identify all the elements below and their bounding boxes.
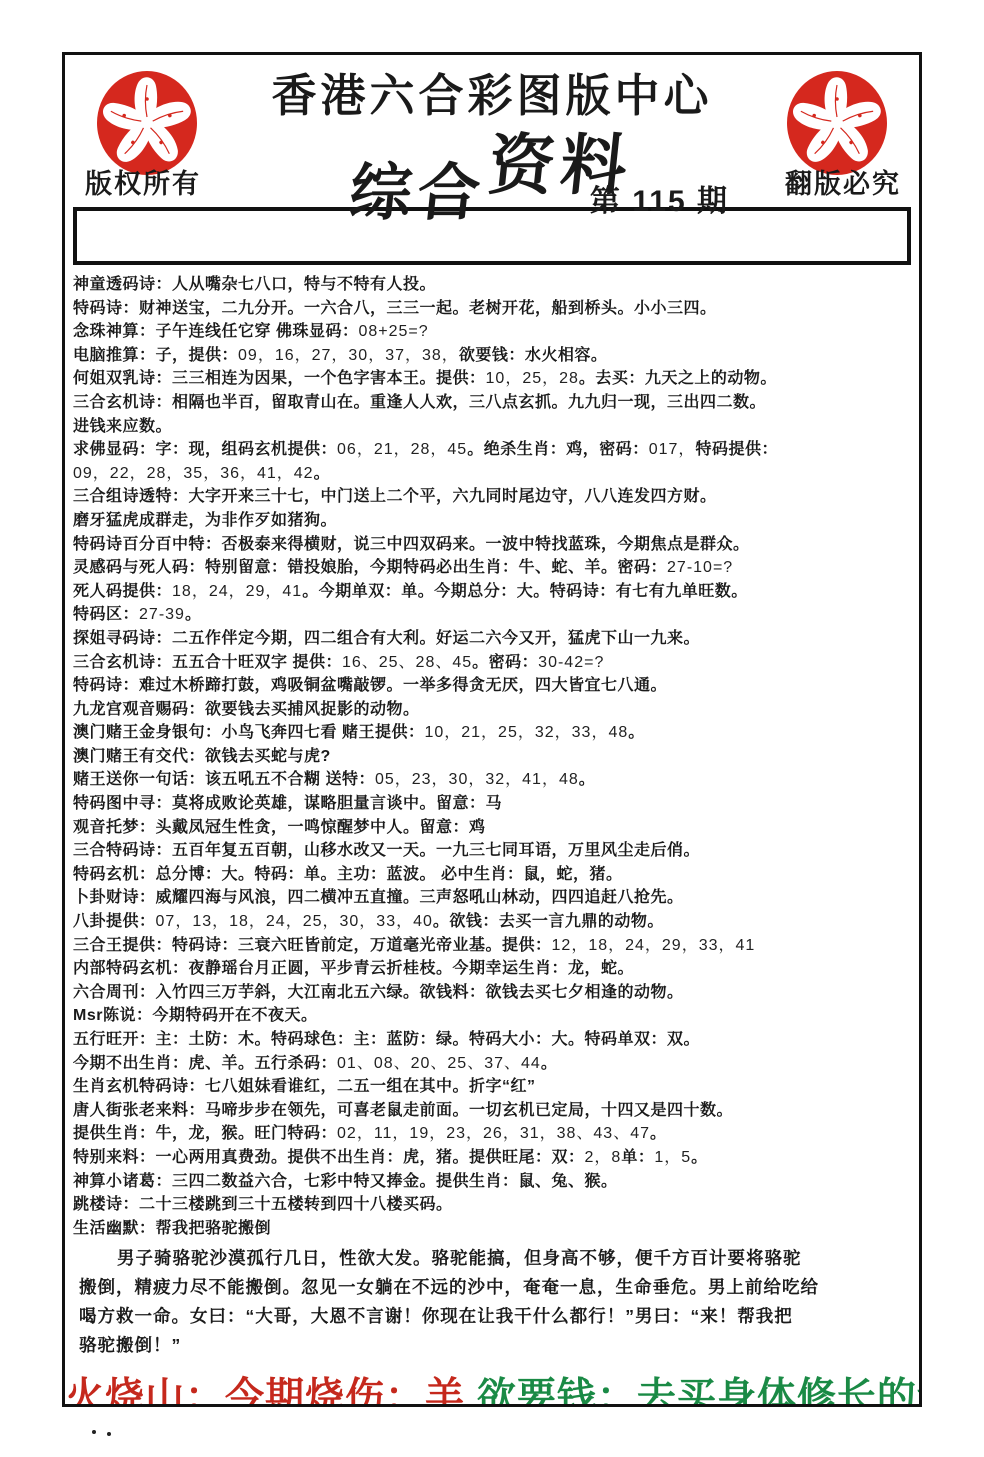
subtitle-part1: 综合	[346, 159, 489, 228]
text-line: 三合玄机诗：相隔也半百，留取青山在。重逢人人欢，三八点玄抓。九九归一现，三出四二…	[73, 391, 911, 415]
text-line: 神童透码诗：人从嘴杂七八口，特与不特有人投。	[73, 273, 911, 297]
text-line: 特码图中寻：莫将成败论英雄，谋略胆量言谈中。留意：马	[73, 792, 911, 816]
text-line: 今期不出生肖：虎、羊。五行杀码：01、08、20、25、37、44。	[73, 1052, 911, 1076]
text-line: 生活幽默：帮我把骆驼搬倒	[73, 1217, 911, 1241]
text-line: 跳楼诗：二十三楼跳到三十五楼转到四十八楼买码。	[73, 1193, 911, 1217]
copyright-right-label: 翻版必究	[785, 162, 901, 201]
text-line: 唐人街张老来料：马啼步步在领先，可喜老鼠走前面。一切玄机已定局，十四又是四十数。	[73, 1099, 911, 1123]
humor-line: 喝方救一命。女曰：“大哥，大恩不言谢！你现在让我干什么都行！”男曰：“来！帮我把	[79, 1302, 907, 1331]
text-line: 生肖玄机特码诗：七八姐妹看谁红，二五一组在其中。折字“红”	[73, 1075, 911, 1099]
text-line: 何姐双乳诗：三三相连为因果，一个色字害本王。提供：10，25，28。去买：九天之…	[73, 367, 911, 391]
text-line: 三合王提供：特码诗：三衰六旺皆前定，万道毫光帝业基。提供：12，18，24，29…	[73, 934, 911, 958]
body-text-block: 神童透码诗：人从嘴杂七八口，特与不特有人投。特码诗：财神送宝，二九分开。一六合八…	[65, 269, 919, 1240]
footer-red-tip: 火烧山：今期烧伤：羊	[65, 1376, 477, 1407]
text-line: 三合组诗透特：大字开来三十七，中门送上二个平，六九同时尾边守，八八连发四方财。	[73, 485, 911, 509]
text-line: 六合周刊：入竹四三万芋斜，大江南北五六绿。欲钱料：欲钱去买七夕相逢的动物。	[73, 981, 911, 1005]
page-title: 香港六合彩图版中心	[215, 59, 769, 124]
text-line: 特码诗百分百中特：否极泰来得横财，说三中四双码来。一波中特找蓝珠，今期焦点是群众…	[73, 533, 911, 557]
text-line: 磨牙猛虎成群走，为非作歹如猪狗。	[73, 509, 911, 533]
text-line: 求佛显码：字：现，组码玄机提供：06，21，28，45。绝杀生肖：鸡，密码：01…	[73, 438, 911, 462]
text-line: 电脑推算：子，提供：09，16，27，30，37，38，欲要钱：水火相容。	[73, 344, 911, 368]
text-line: 进钱来应数。	[73, 415, 911, 439]
text-line: 神算小诸葛：三四二数益六合，七彩中特又捧金。提供生肖：鼠、兔、猴。	[73, 1170, 911, 1194]
text-line: 三合特码诗：五百年复五百朝，山移水改又一天。一九三七同耳语，万里风尘走后俏。	[73, 839, 911, 863]
page-mark-dot	[92, 1430, 96, 1434]
text-line: 澳门赌王有交代：欲钱去买蛇与虎?	[73, 745, 911, 769]
text-line: 探姐寻码诗：二五作伴定今期，四二组合有大利。好运二六今又开，猛虎下山一九来。	[73, 627, 911, 651]
humor-line: 搬倒，精疲力尽不能搬倒。忽见一女躺在不远的沙中，奄奄一息，生命垂危。男上前给吃给	[79, 1273, 907, 1302]
text-line: 赌王送你一句话：该五吼五不合糊 送特：05，23，30，32，41，48。	[73, 768, 911, 792]
humor-paragraph: 男子骑骆驼沙漠孤行几日，性欲大发。骆驼能搞，但身高不够，便千方百计要将骆驼搬倒，…	[65, 1240, 919, 1360]
text-line: 八卦提供：07，13，18，24，25，30，33，40。欲钱：去买一言九鼎的动…	[73, 910, 911, 934]
text-line: 特码玄机：总分博：大。特码：单。主功：蓝波。 必中生肖：鼠，蛇，猪。	[73, 863, 911, 887]
sheet-header: 香港六合彩图版中心 综合资料 第 115 期	[65, 55, 919, 205]
text-line: 特别来料：一心两用真费劲。提供不出生肖：虎，猪。提供旺尾：双：2，8单：1，5。	[73, 1146, 911, 1170]
text-line: 观音托梦：头戴凤冠生性贪，一鸣惊醒梦中人。留意：鸡	[73, 816, 911, 840]
page-mark-dot	[107, 1432, 111, 1436]
text-line: 死人码提供：18，24，29，41。今期单双：单。今期总分：大。特码诗：有七有九…	[73, 580, 911, 604]
footer-tips: 火烧山：今期烧伤：羊 欲要钱：去买身体修长的动物	[65, 1366, 919, 1407]
text-line: 五行旺开：主：土防：木。特码球色：主：蓝防：绿。特码大小：大。特码单双：双。	[73, 1028, 911, 1052]
copyright-left-label: 版权所有	[85, 162, 201, 201]
text-line: Msr陈说：今期特码开在不夜天。	[73, 1004, 911, 1028]
text-line: 灵感码与死人码：特别留意：错投娘胎，今期特码必出生肖：牛、蛇、羊。密码：27-1…	[73, 556, 911, 580]
humor-line: 男子骑骆驼沙漠孤行几日，性欲大发。骆驼能搞，但身高不够，便千方百计要将骆驼	[79, 1244, 907, 1273]
text-line: 内部特码玄机：夜静瑶台月正圆，平步青云折桂枝。今期幸运生肖：龙，蛇。	[73, 957, 911, 981]
humor-line: 骆驼搬倒！”	[79, 1331, 907, 1360]
masthead: 香港六合彩图版中心 综合资料 第 115 期	[215, 55, 769, 205]
issue-number: 第 115 期	[590, 176, 729, 220]
footer-green-tip: 欲要钱：去买身体修长的动物	[477, 1376, 922, 1407]
text-line: 提供生肖：牛，龙，猴。旺门特码：02，11，19，23，26，31，38、43、…	[73, 1122, 911, 1146]
text-line: 澳门赌王金身银句：小鸟飞奔四七看 赌王提供：10，21，25，32，33，48。	[73, 721, 911, 745]
text-line: 三合玄机诗：五五合十旺双字 提供：16、25、28、45。密码：30-42=?	[73, 651, 911, 675]
lottery-info-sheet: 香港六合彩图版中心 综合资料 第 115 期	[62, 52, 922, 1407]
text-line: 09，22，28，35，36，41，42。	[73, 462, 911, 486]
text-line: 特码诗：难过木桥蹄打鼓，鸡吸铜盆嘴敲锣。一举多得贪无厌，四大皆宜七八通。	[73, 674, 911, 698]
text-line: 特码诗：财神送宝，二九分开。一六合八，三三一起。老树开花，船到桥头。小小三四。	[73, 297, 911, 321]
text-line: 特码区：27-39。	[73, 603, 911, 627]
text-line: 念珠神算：子午连线任它穿 佛珠显码：08+25=?	[73, 320, 911, 344]
subtitle-row: 综合资料 第 115 期	[215, 124, 769, 220]
text-line: 九龙宫观音赐码：欲要钱去买捕风捉影的动物。	[73, 698, 911, 722]
text-line: 卜卦财诗：威耀四海与风浪，四二横冲五直撞。三声怒吼山林动，四四追赶八抢先。	[73, 886, 911, 910]
